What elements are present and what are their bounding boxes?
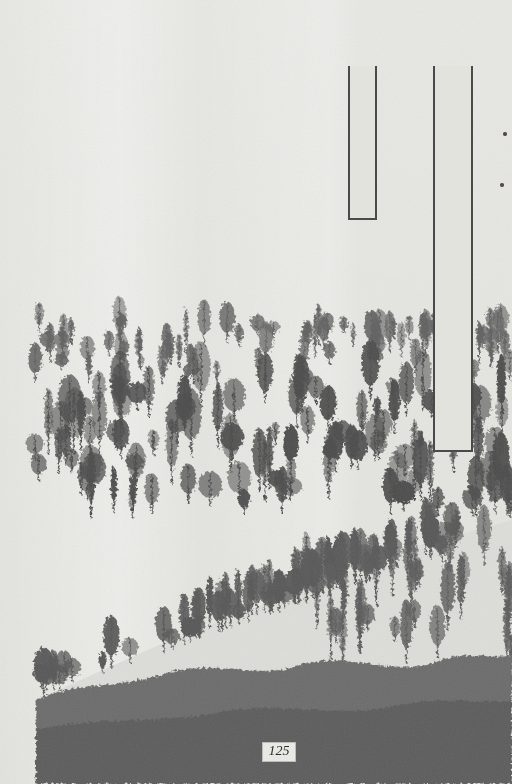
page-number: 125 [262, 742, 296, 762]
overlay-frame-large [433, 66, 473, 452]
overlay-frame-small [348, 66, 377, 220]
stain-mark [503, 132, 507, 136]
stain-mark [500, 183, 504, 187]
scanned-page: 125 [0, 0, 512, 784]
